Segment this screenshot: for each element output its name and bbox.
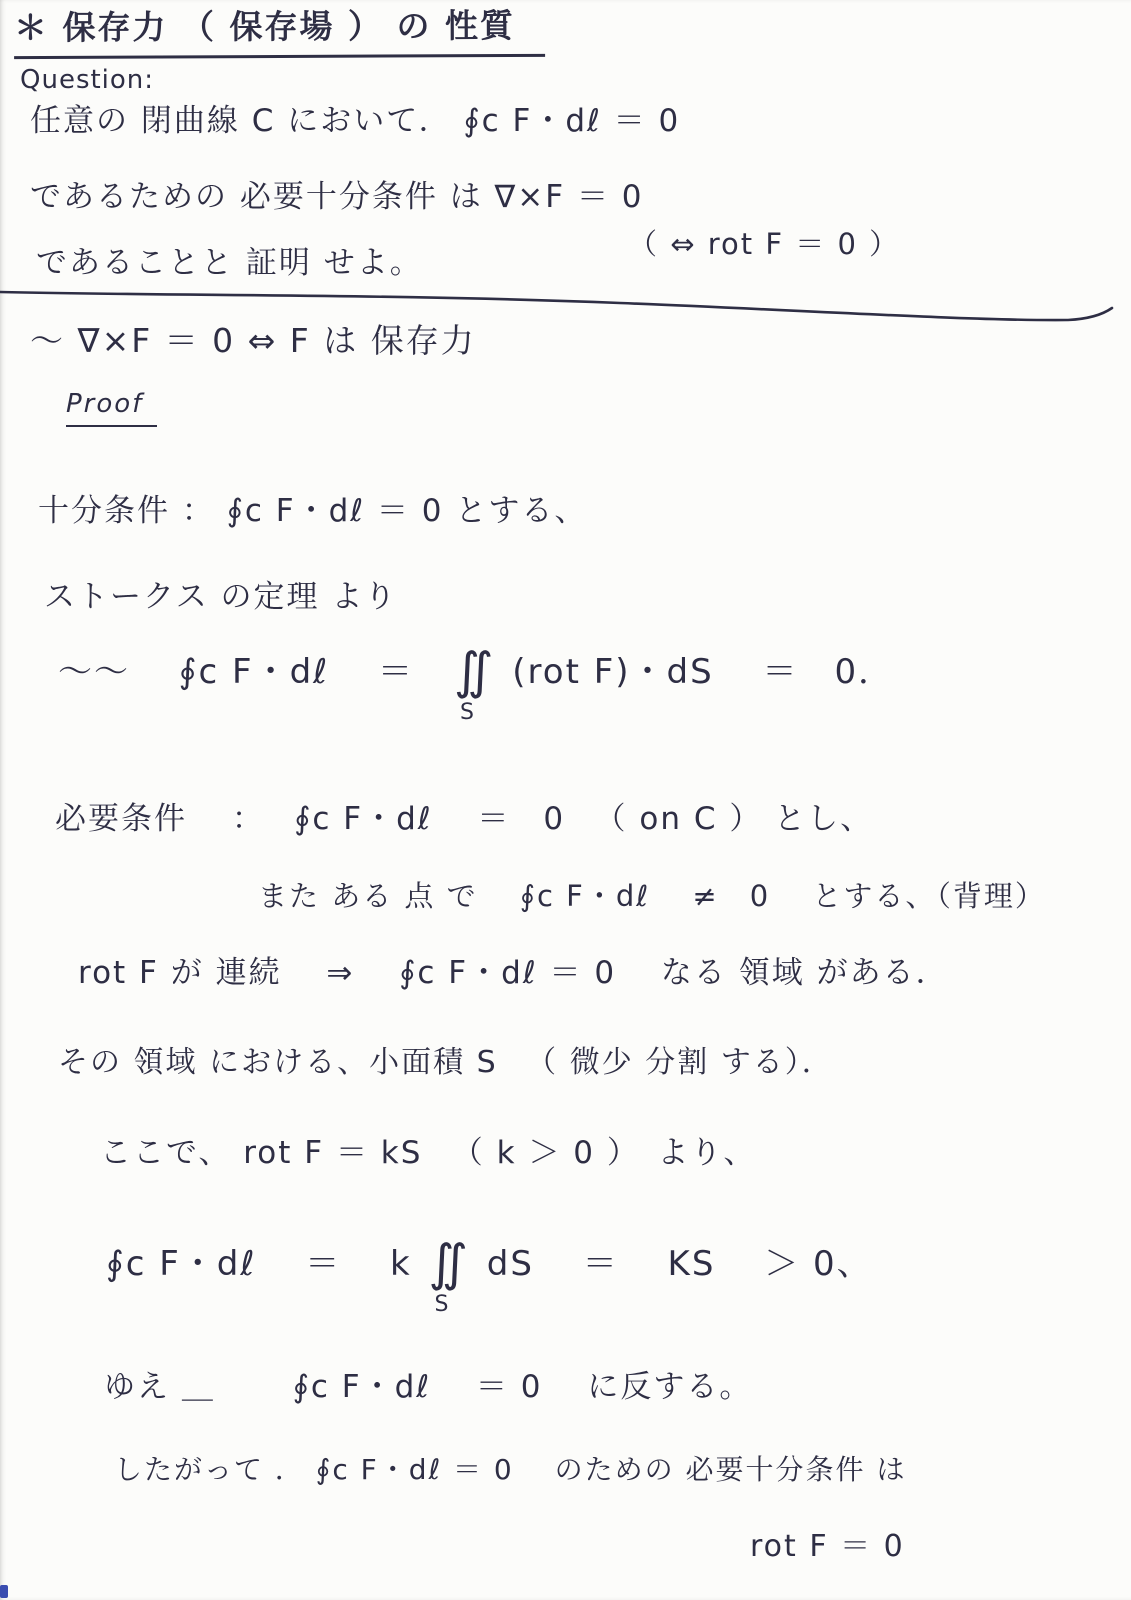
final-result-line: rot F ＝ 0 — [750, 1528, 905, 1566]
proof-label: Proof — [66, 388, 157, 427]
question-line-2: であるための 必要十分条件 は ∇×F ＝ 0 — [30, 178, 644, 217]
contour-integral-term: 〜〜 ∮c F・dℓ ＝ — [58, 651, 450, 694]
note-title: ＊ 保存力 （ 保存場 ） の 性質 — [14, 5, 545, 60]
ks-inequality-equation: ∮c F・dℓ ＝ k ∬ S dS ＝ KS ＞ 0、 — [106, 1238, 873, 1291]
contradiction-assumption-line: また ある 点 で ∮c F・dℓ ≠ 0 とする、（背理） — [258, 878, 1046, 914]
rot-ks-line: ここで、 rot F ＝ kS （ k ＞ 0 ） より、 — [100, 1134, 756, 1173]
contour-integral-term: ∮c F・dℓ ＝ k — [106, 1243, 425, 1286]
contradiction-conclusion-line: ゆえ ＿ ∮c F・dℓ ＝ 0 に反する。 — [104, 1368, 752, 1407]
question-aside: （ ⇔ rot F ＝ 0 ） — [628, 226, 900, 262]
question-line-1: 任意の 閉曲線 C において． ∮c F・dℓ ＝ 0 — [30, 102, 680, 141]
small-area-line: その 領域 における、小面積 S （ 微少 分割 する）． — [58, 1044, 834, 1082]
final-conclusion-line: したがって ． ∮c F・dℓ ＝ 0 のための 必要十分条件 は — [114, 1452, 906, 1487]
surface-domain-label: S — [460, 699, 476, 727]
notebook-page: ＊ 保存力 （ 保存場 ） の 性質 Question: 任意の 閉曲線 C に… — [0, 0, 1131, 1600]
stokes-intro-line: ストークス の定理 より — [44, 578, 397, 617]
scan-speck — [0, 1585, 8, 1598]
surface-integral: ∬ S — [429, 1238, 470, 1291]
double-integral-symbol: ∬ — [454, 642, 495, 700]
claim-line: 〜 ∇×F ＝ 0 ⇔ F は 保存力 — [30, 320, 476, 361]
surface-integral: ∬ S — [454, 646, 495, 699]
sufficient-condition-line: 十分条件 ： ∮c F・dℓ ＝ 0 とする、 — [38, 492, 587, 531]
necessary-condition-line: 必要条件 ： ∮c F・dℓ ＝ 0 （ on C ） とし、 — [55, 800, 873, 839]
equation-tail: (rot F)・dS ＝ 0． — [499, 651, 894, 694]
rot-continuity-line: rot F が 連続 ⇒ ∮c F・dℓ ＝ 0 なる 領域 がある． — [78, 954, 949, 993]
stokes-equation: 〜〜 ∮c F・dℓ ＝ ∬ S (rot F)・dS ＝ 0． — [58, 646, 894, 699]
question-label: Question: — [20, 64, 154, 97]
double-integral-symbol: ∬ — [429, 1234, 470, 1292]
equation-tail: dS ＝ KS ＞ 0、 — [474, 1243, 873, 1286]
question-line-3: であることと 証明 せよ。 — [36, 244, 423, 283]
surface-domain-label: S — [435, 1291, 451, 1319]
